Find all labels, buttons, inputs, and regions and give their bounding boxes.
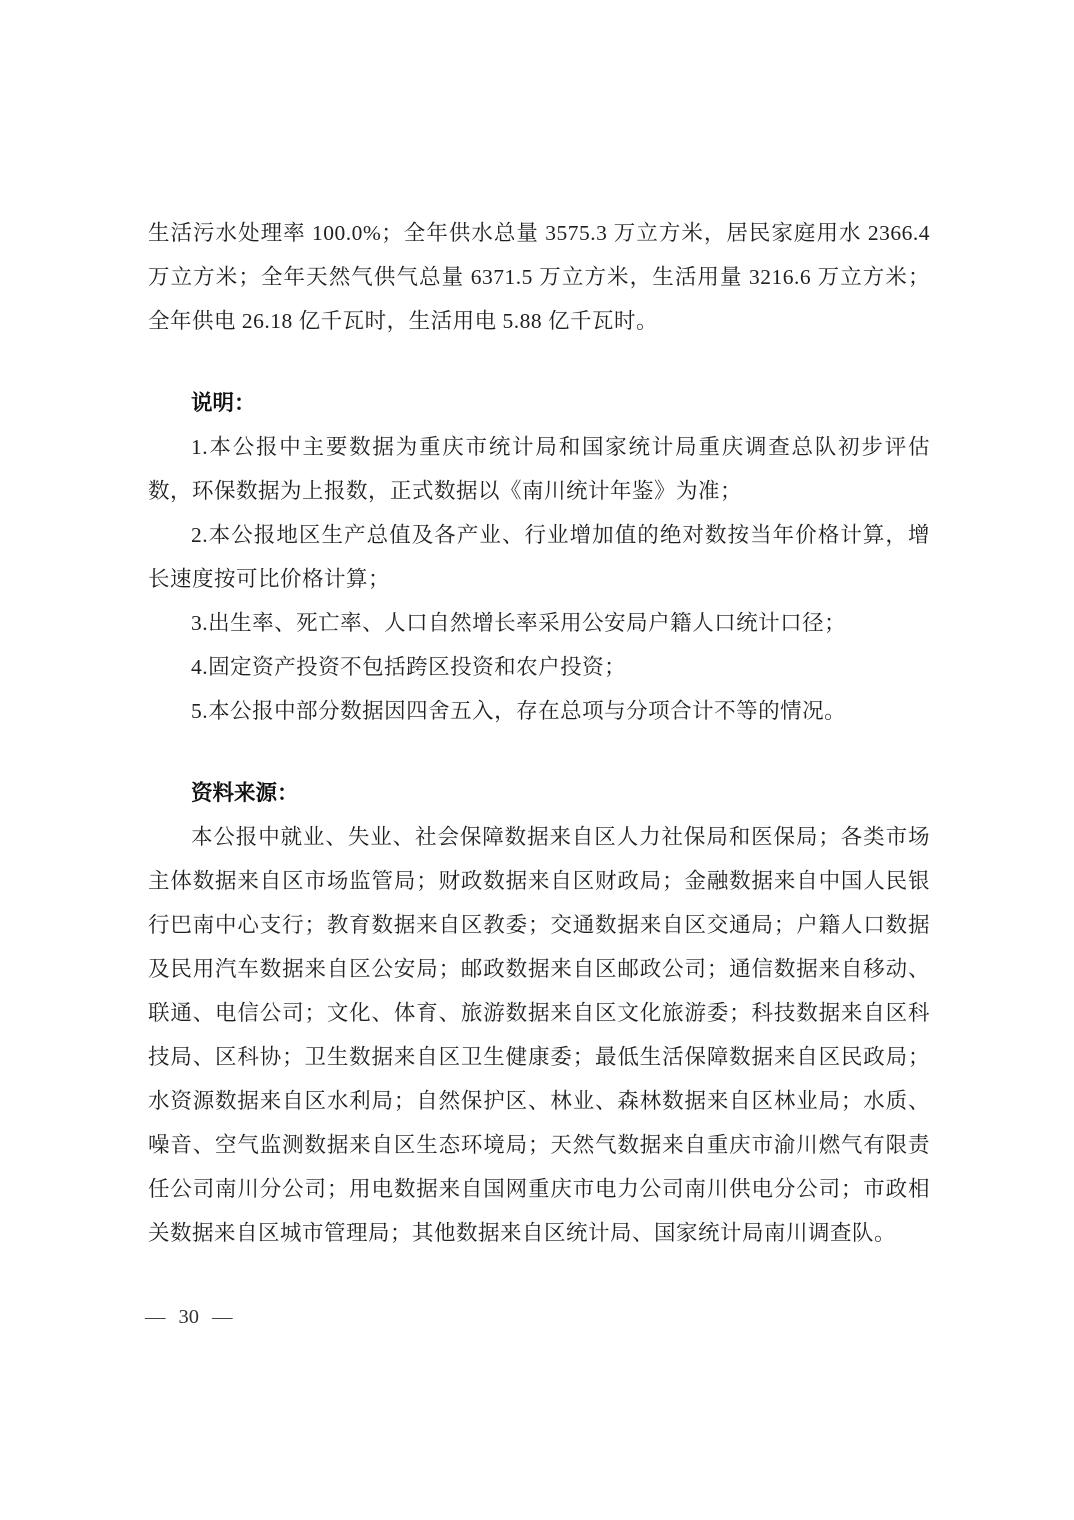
footer-dash-right: — — [212, 1303, 233, 1331]
sources-paragraph: 本公报中就业、失业、社会保障数据来自区人力社保局和医保局；各类市场主体数据来自区… — [148, 815, 930, 1255]
intro-paragraph: 生活污水处理率 100.0%；全年供水总量 3575.3 万立方米，居民家庭用水… — [148, 211, 930, 343]
page-content: 生活污水处理率 100.0%；全年供水总量 3575.3 万立方米，居民家庭用水… — [148, 211, 930, 1255]
note-item-1: 1.本公报中主要数据为重庆市统计局和国家统计局重庆调查总队初步评估数，环保数据为… — [148, 425, 930, 513]
notes-heading: 说明： — [148, 381, 930, 425]
note-item-5: 5.本公报中部分数据因四舍五入，存在总项与分项合计不等的情况。 — [148, 689, 930, 733]
note-item-4: 4.固定资产投资不包括跨区投资和农户投资； — [148, 645, 930, 689]
note-item-3: 3.出生率、死亡率、人口自然增长率采用公安局户籍人口统计口径； — [148, 601, 930, 645]
footer-dash-left: — — [145, 1303, 166, 1331]
document-page: 生活污水处理率 100.0%；全年供水总量 3575.3 万立方米，居民家庭用水… — [0, 0, 1074, 1520]
page-number: 30 — [179, 1303, 200, 1331]
note-item-2: 2.本公报地区生产总值及各产业、行业增加值的绝对数按当年价格计算，增长速度按可比… — [148, 513, 930, 601]
sources-heading: 资料来源： — [148, 771, 930, 815]
page-footer: — 30 — — [145, 1303, 233, 1331]
